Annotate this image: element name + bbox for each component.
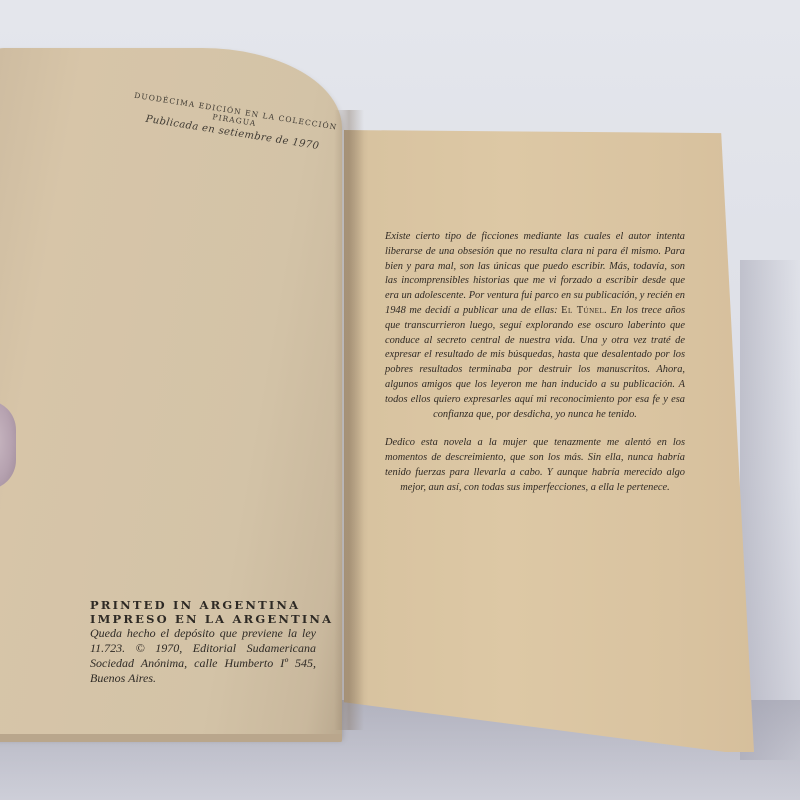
paragraph-gap xyxy=(385,422,685,436)
imprint: PRINTED IN ARGENTINA IMPRESO EN LA ARGEN… xyxy=(90,598,316,686)
prologue: Existe cierto tipo de ficciones mediante… xyxy=(385,230,685,496)
impreso-en-line: IMPRESO EN LA ARGENTINA xyxy=(90,612,316,626)
prologue-paragraph-1: Existe cierto tipo de ficciones mediante… xyxy=(385,230,685,422)
paragraph-1-start: Existe cierto tipo de ficciones mediante… xyxy=(385,231,685,316)
book-title: El Túnel xyxy=(561,305,604,316)
book-gutter xyxy=(334,110,364,730)
paragraph-1-end: . En los trece años que transcurrieron l… xyxy=(385,305,685,420)
legal-text: Queda hecho el depósito que previene la … xyxy=(90,626,316,686)
prologue-paragraph-2: Dedico esta novela a la mujer que tenazm… xyxy=(385,436,685,495)
page-edge xyxy=(0,734,342,742)
printed-in-line: PRINTED IN ARGENTINA xyxy=(90,598,316,612)
